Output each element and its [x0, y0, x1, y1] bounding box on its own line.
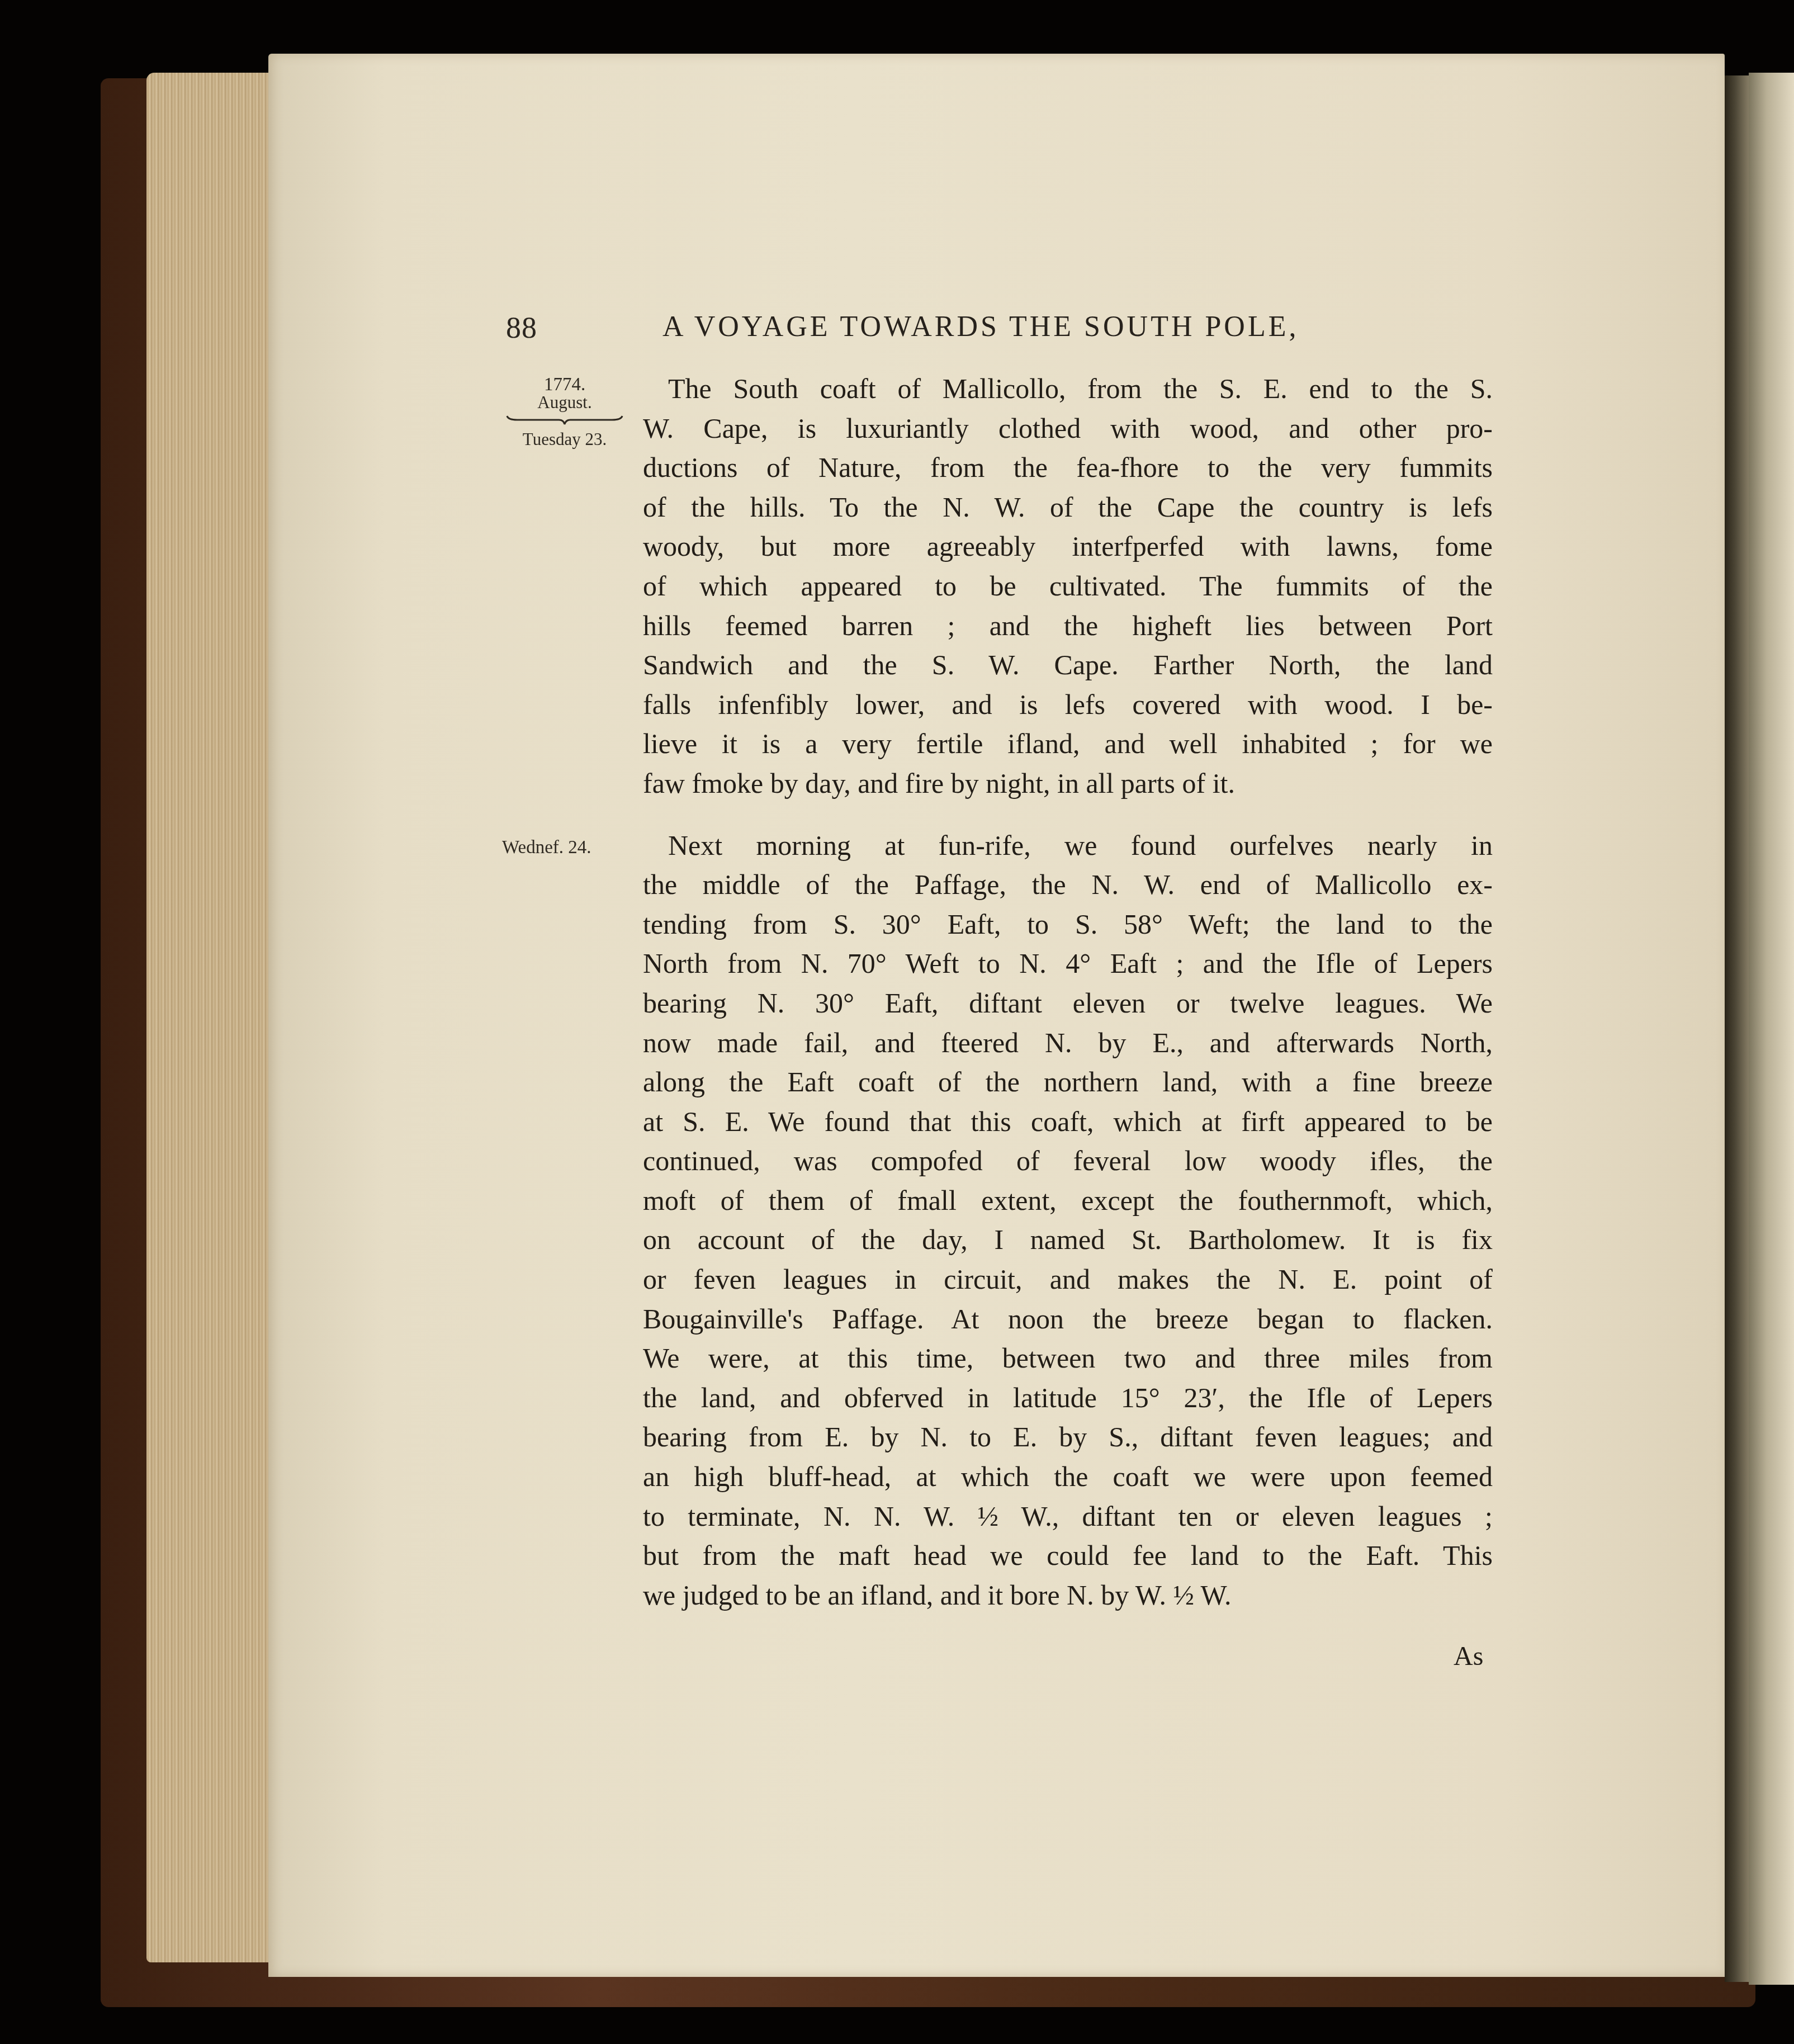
text-line: North from N. 70° Weft to N. 4° Eaft ; a…: [643, 944, 1493, 983]
text-line: the middle of the Paffage, the N. W. end…: [643, 865, 1493, 905]
text-line: the land, and obferved in latitude 15° 2…: [643, 1378, 1493, 1418]
page-number: 88: [506, 310, 537, 345]
text-line: now made fail, and fteered N. by E., and…: [643, 1023, 1493, 1063]
margin-note-month: August.: [498, 394, 632, 411]
margin-note-day-24: Wednef. 24.: [502, 838, 591, 858]
body-text: The South coaft of Mallicollo, from the …: [643, 369, 1493, 1615]
text-line: along the Eaft coaft of the northern lan…: [643, 1062, 1493, 1102]
text-line: woody, but more agreeably interfperfed w…: [643, 527, 1493, 566]
margin-note-year: 1774.: [498, 376, 632, 394]
running-title: A VOYAGE TOWARDS THE SOUTH POLE,: [662, 310, 1479, 343]
text-line: We were, at this time, between two and t…: [643, 1338, 1493, 1378]
text-line: bearing from E. by N. to E. by S., difta…: [643, 1417, 1493, 1457]
running-head: 88 A VOYAGE TOWARDS THE SOUTH POLE,: [0, 310, 1794, 349]
text-line: bearing N. 30° Eaft, diftant eleven or t…: [643, 983, 1493, 1023]
text-line: but from the maft head we could fee land…: [643, 1536, 1493, 1575]
text-line: Bougainville's Paffage. At noon the bree…: [643, 1299, 1493, 1339]
text-line: lieve it is a very fertile ifland, and w…: [643, 724, 1493, 764]
text-line: W. Cape, is luxuriantly clothed with woo…: [643, 409, 1493, 448]
text-line: falls infenfibly lower, and is lefs cove…: [643, 685, 1493, 725]
paragraph-2: Next morning at fun-rife, we found ourfe…: [643, 826, 1493, 1615]
facing-page-edge: [1749, 73, 1794, 1985]
text-line: hills feemed barren ; and the higheft li…: [643, 606, 1493, 646]
margin-note-date: 1774. August. Tuesday 23.: [498, 376, 632, 448]
paragraph-1: The South coaft of Mallicollo, from the …: [643, 369, 1493, 803]
page-edges: [146, 73, 275, 1962]
text-line: Next morning at fun-rife, we found ourfe…: [643, 826, 1493, 865]
text-line: to terminate, N. N. W. ½ W., diftant ten…: [643, 1497, 1493, 1536]
text-line: Sandwich and the S. W. Cape. Farther Nor…: [643, 645, 1493, 685]
text-line: continued, was compofed of feveral low w…: [643, 1141, 1493, 1181]
text-line: faw fmoke by day, and fire by night, in …: [643, 764, 1493, 803]
text-line: ductions of Nature, from the fea-fhore t…: [643, 448, 1493, 488]
text-line: tending from S. 30° Eaft, to S. 58° Weft…: [643, 905, 1493, 944]
text-line: or feven leagues in circuit, and makes t…: [643, 1260, 1493, 1299]
text-line: an high bluff-head, at which the coaft w…: [643, 1457, 1493, 1497]
book-gutter: [1725, 75, 1750, 1982]
text-line: of which appeared to be cultivated. The …: [643, 566, 1493, 606]
margin-note-day-23: Tuesday 23.: [498, 430, 632, 448]
text-line: The South coaft of Mallicollo, from the …: [643, 369, 1493, 409]
text-line: on account of the day, I named St. Barth…: [643, 1220, 1493, 1260]
brace-icon: [506, 415, 623, 426]
catchword: As: [1454, 1641, 1483, 1672]
text-line: at S. E. We found that this coaft, which…: [643, 1102, 1493, 1142]
text-line: of the hills. To the N. W. of the Cape t…: [643, 488, 1493, 527]
text-line: we judged to be an ifland, and it bore N…: [643, 1575, 1493, 1615]
text-line: moft of them of fmall extent, except the…: [643, 1181, 1493, 1220]
